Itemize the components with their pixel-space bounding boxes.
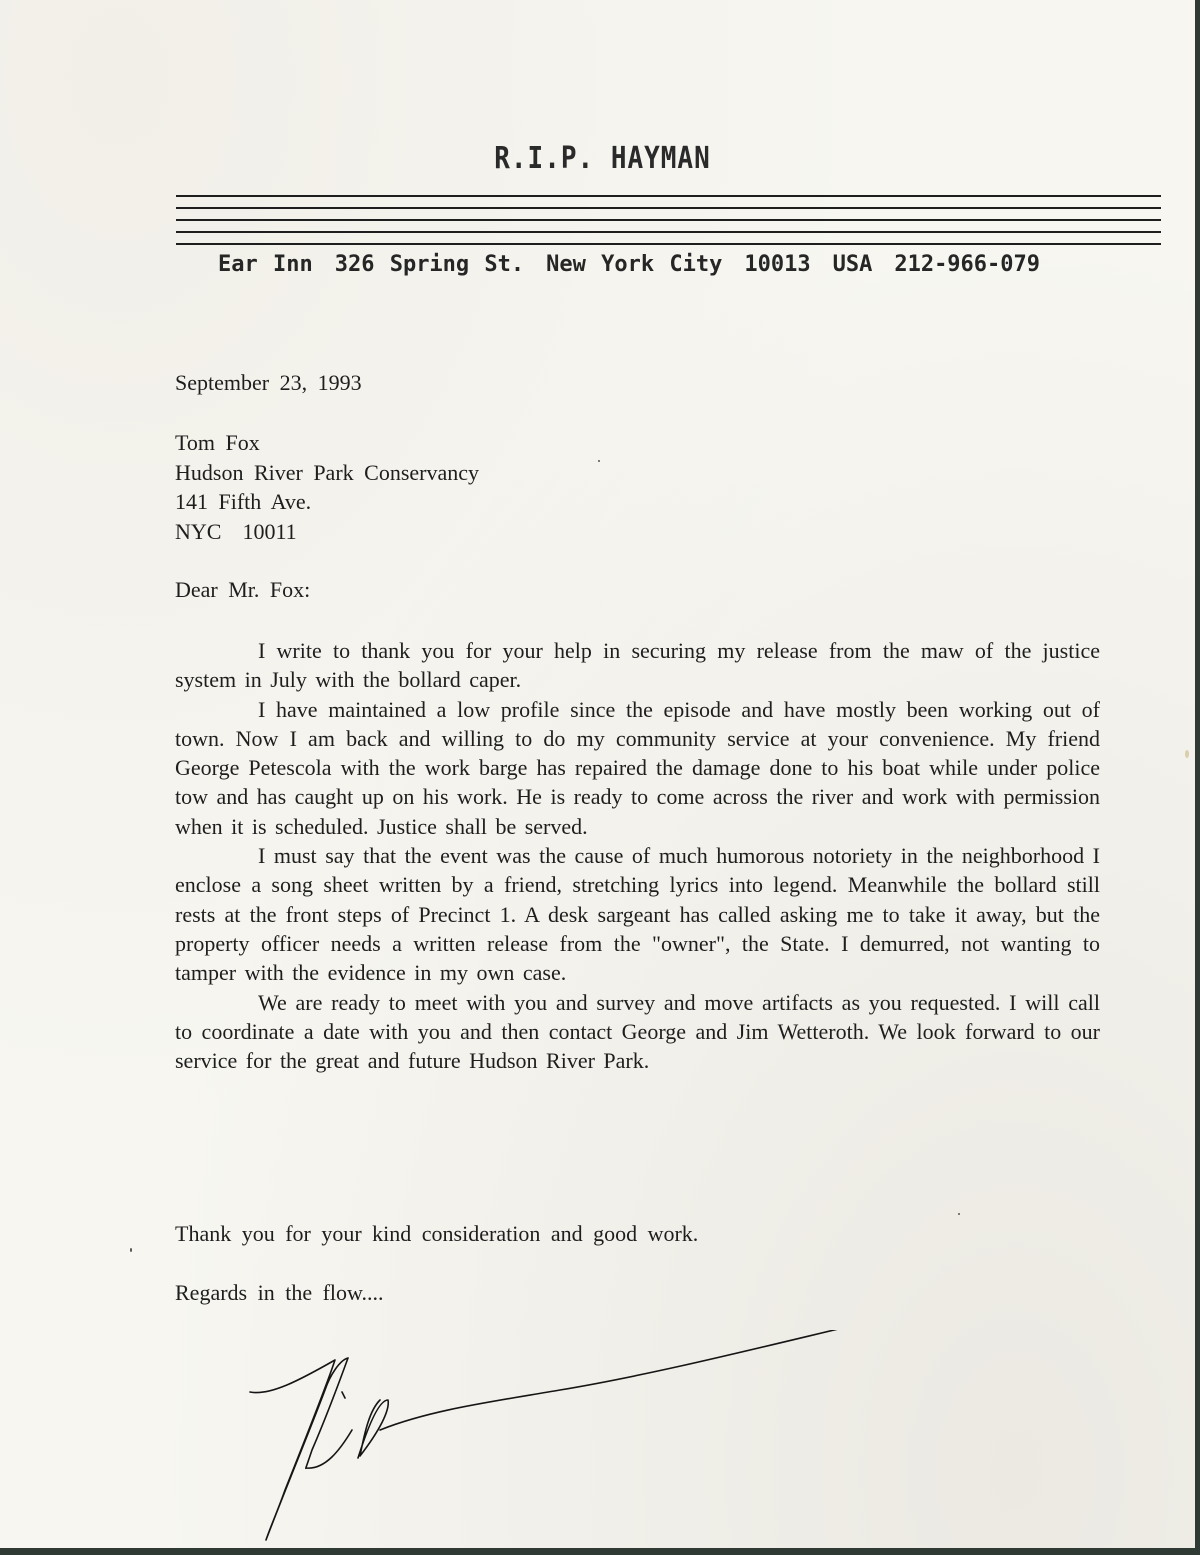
recipient-block: Tom Fox Hudson River Park Conservancy 14… (175, 428, 479, 546)
address-city: New York City (546, 252, 722, 277)
address-zip: 10013 (744, 252, 810, 277)
body-paragraph: I must say that the event was the cause … (175, 841, 1100, 987)
letterhead-name: R.I.P. HAYMAN (0, 144, 1195, 174)
scan-speck (598, 460, 600, 462)
recipient-city: NYC 10011 (175, 517, 479, 547)
letterhead-rule (176, 243, 1161, 245)
letterhead-rule (176, 219, 1161, 221)
address-country: USA (833, 252, 873, 277)
address-venue: Ear Inn (218, 252, 313, 277)
paper-stain (1185, 750, 1189, 758)
address-phone: 212-966-079 (894, 252, 1040, 277)
scan-speck (958, 1213, 960, 1215)
letterhead-name-text: R.I.P. HAYMAN (494, 142, 711, 177)
salutation: Dear Mr. Fox: (175, 577, 310, 603)
letter-date: September 23, 1993 (175, 370, 362, 396)
body-paragraph: We are ready to meet with you and survey… (175, 988, 1100, 1076)
recipient-organization: Hudson River Park Conservancy (175, 458, 479, 488)
scan-speck (130, 1248, 132, 1252)
closing-line: Thank you for your kind consideration an… (175, 1221, 698, 1247)
signature (230, 1330, 870, 1550)
letterhead-rule (176, 207, 1161, 209)
address-street: 326 Spring St. (335, 252, 524, 277)
letter-page: R.I.P. HAYMAN Ear Inn326 Spring St.New Y… (0, 0, 1195, 1548)
recipient-name: Tom Fox (175, 428, 479, 458)
signoff: Regards in the flow.... (175, 1280, 383, 1306)
letterhead-rule (176, 195, 1161, 197)
recipient-street: 141 Fifth Ave. (175, 487, 479, 517)
letterhead-rule (176, 231, 1161, 233)
letter-body: I write to thank you for your help in se… (175, 636, 1100, 1075)
letterhead-address: Ear Inn326 Spring St.New York City10013U… (218, 252, 1138, 277)
body-paragraph: I have maintained a low profile since th… (175, 695, 1100, 841)
body-paragraph: I write to thank you for your help in se… (175, 636, 1100, 695)
